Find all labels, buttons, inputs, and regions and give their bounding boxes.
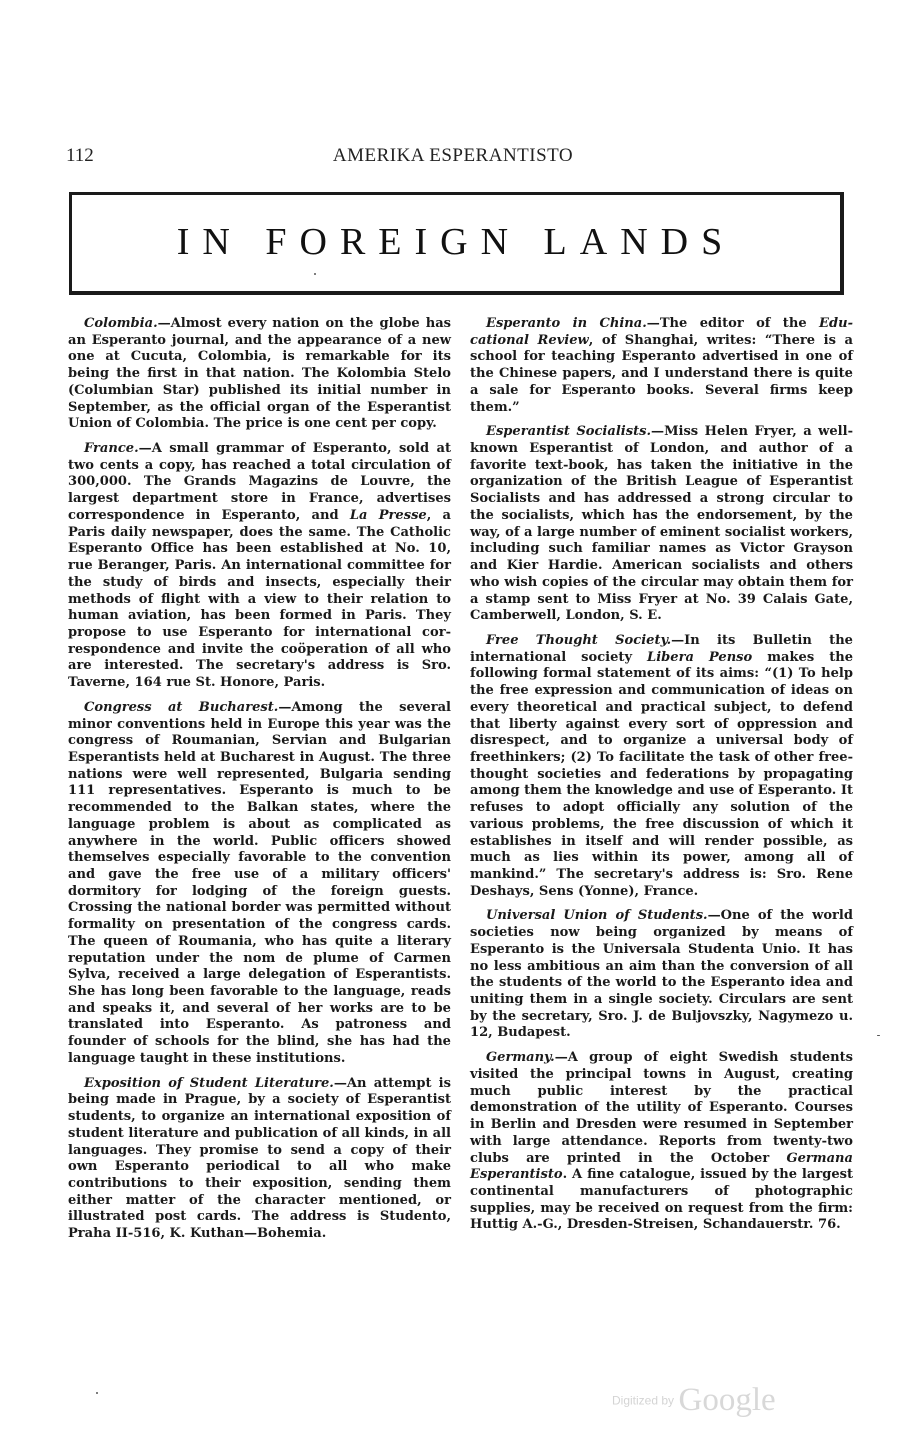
article-colombia: Colombia.—Almost every nation on the glo… <box>68 316 451 433</box>
article-universal-union-students: Universal Union of Students.—One of the … <box>470 908 853 1042</box>
article-body: —The editor of the <box>647 316 819 331</box>
article-heading: Exposition of Student Literature. <box>84 1076 334 1091</box>
watermark-prefix: Digitized by <box>612 1394 674 1408</box>
digitized-by-google-watermark: Digitized by Google <box>612 1382 776 1419</box>
publication-name: La Presse <box>350 508 427 523</box>
running-head: 112 AMERIKA ESPERANTISTO <box>66 142 840 170</box>
right-column: Esperanto in China.—The editor of the Ed… <box>470 316 853 1242</box>
left-column: Colombia.—Almost every nation on the glo… <box>68 316 451 1251</box>
article-esperantist-socialists: Esperantist Socialists.—Miss Helen Fryer… <box>470 424 853 625</box>
article-body: makes the following formal statement of … <box>470 650 853 899</box>
article-free-thought-society: Free Thought Society.—In its Bulletin th… <box>470 633 853 901</box>
article-body: —One of the world societies now being or… <box>470 908 853 1040</box>
article-body: —Miss Helen Fryer, a well-known Esperant… <box>470 424 853 623</box>
scan-speck <box>96 1392 98 1394</box>
article-heading: Universal Union of Students. <box>486 908 708 923</box>
article-germany: Germany.—A group of eight Swedish stu­de… <box>470 1050 853 1234</box>
journal-title: AMERIKA ESPERANTISTO <box>66 145 840 167</box>
article-body: —An at­tempt is being made in Prague, by… <box>68 1076 451 1241</box>
article-france: France.—A small grammar of Esperanto, so… <box>68 441 451 692</box>
article-heading: Germany. <box>486 1050 555 1065</box>
article-body: —Among the several minor conventions hel… <box>68 700 451 1066</box>
article-exposition-student-literature: Exposition of Student Literature.—An at­… <box>68 1076 451 1243</box>
article-heading: Free Thought Society. <box>486 633 671 648</box>
article-heading: Esperantist Socialists. <box>486 424 651 439</box>
article-body: —A group of eight Swedish stu­dents visi… <box>470 1050 853 1165</box>
article-congress-bucharest: Congress at Bucharest.—Among the several… <box>68 700 451 1068</box>
article-body: , a Paris daily newspaper, does the same… <box>68 508 451 690</box>
article-heading: Esperanto in China. <box>486 316 647 331</box>
scan-speck <box>877 1035 880 1036</box>
article-heading: Congress at Bucharest. <box>84 700 278 715</box>
section-title-box: IN FOREIGN LANDS <box>69 192 844 295</box>
article-body: —Almost every nation on the globe has an… <box>68 316 451 431</box>
publication-name: Libera Penso <box>647 650 752 665</box>
scan-speck <box>314 273 316 275</box>
article-heading: France. <box>84 441 139 456</box>
article-heading: Colombia. <box>84 316 158 331</box>
article-esperanto-china: Esperanto in China.—The editor of the Ed… <box>470 316 853 416</box>
section-title: IN FOREIGN LANDS <box>72 220 840 264</box>
google-logo-text: Google <box>678 1382 775 1418</box>
